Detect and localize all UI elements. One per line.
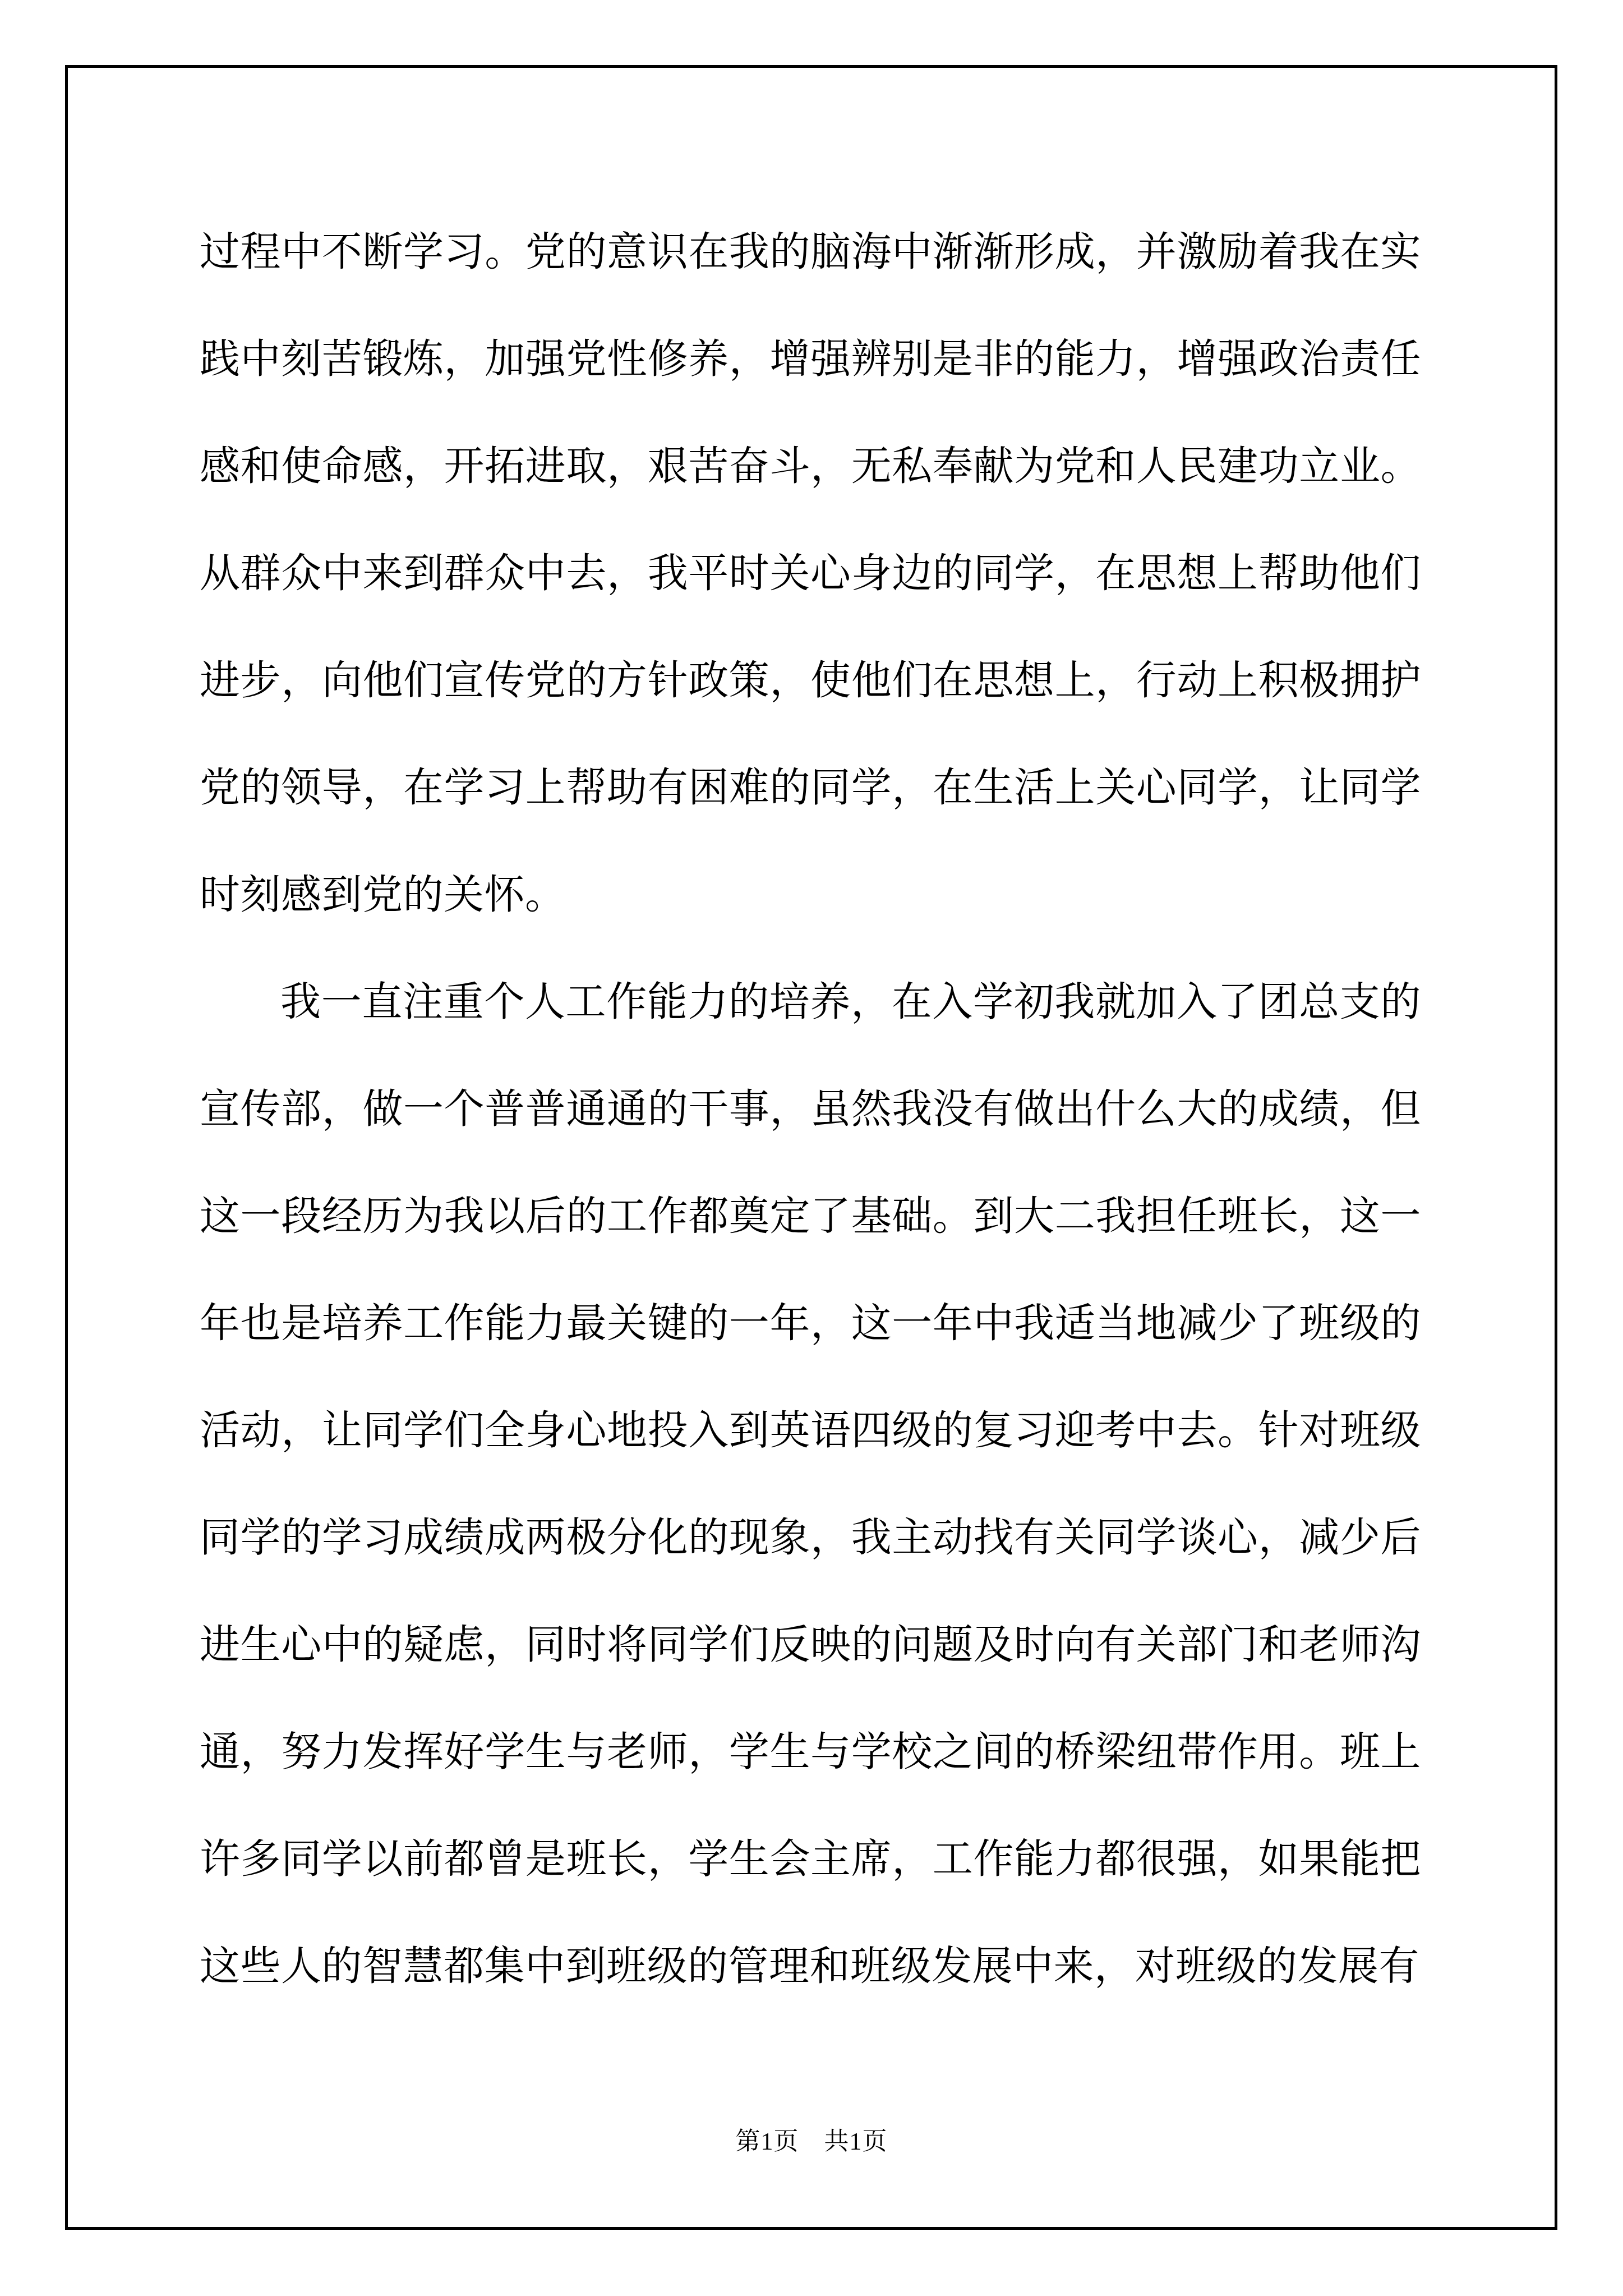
paragraph-1: 过程中不断学习。党的意识在我的脑海中渐渐形成，并激励着我在实践中刻苦锻炼，加强党… bbox=[200, 199, 1421, 949]
document-page: 过程中不断学习。党的意识在我的脑海中渐渐形成，并激励着我在实践中刻苦锻炼，加强党… bbox=[0, 0, 1623, 2296]
paragraph-2: 我一直注重个人工作能力的培养，在入学初我就加入了团总支的宣传部，做一个普普通通的… bbox=[200, 949, 1421, 2020]
document-body: 过程中不断学习。党的意识在我的脑海中渐渐形成，并激励着我在实践中刻苦锻炼，加强党… bbox=[200, 199, 1421, 2020]
page-footer: 第1页 共1页 bbox=[0, 2126, 1623, 2157]
page-number-label: 第1页 共1页 bbox=[736, 2128, 888, 2155]
